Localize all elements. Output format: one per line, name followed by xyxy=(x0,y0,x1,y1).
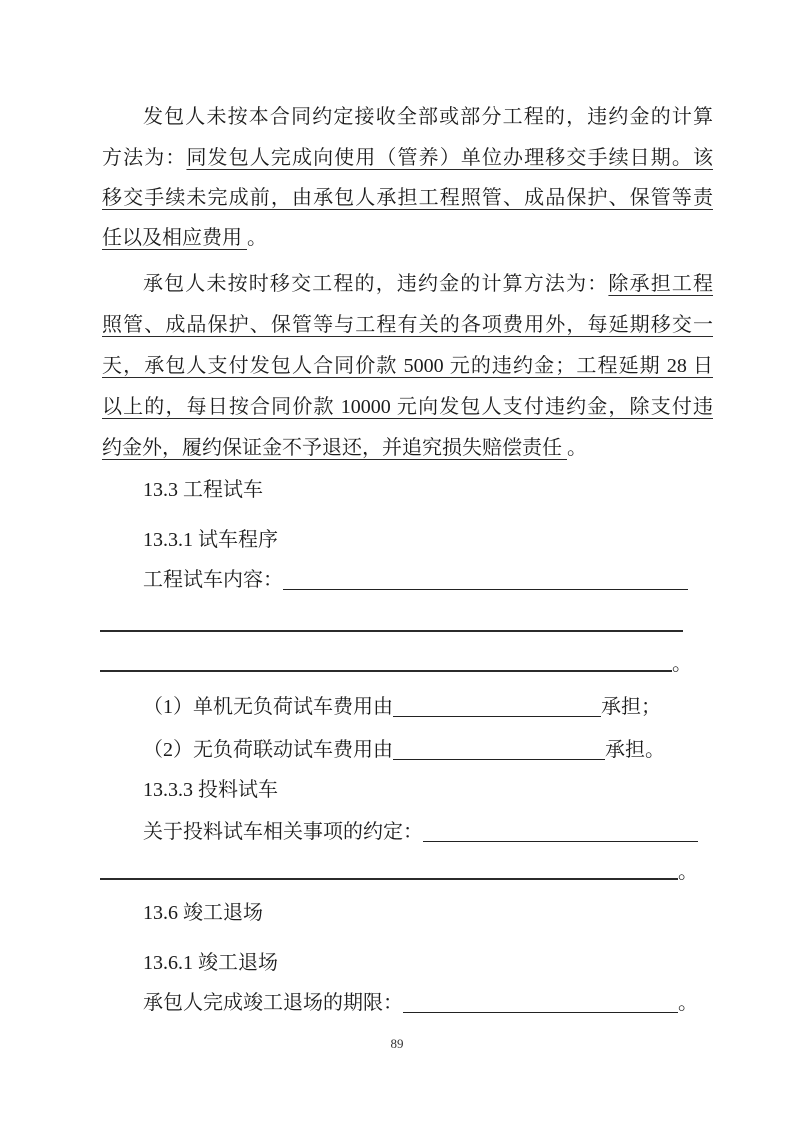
filled-in-text: 同发包人完成向使用（管养）单位办理移交手续日期。该 xyxy=(186,147,713,169)
paragraph-text: 发包人未按本合同约定接收全部或部分工程的，违约金的计算 xyxy=(143,106,713,128)
section-heading-13-6: 13.6 竣工退场 xyxy=(102,898,713,928)
paragraph-text: 方法为： xyxy=(102,147,186,169)
item-line-2: （2）无负荷联动试车费用由承担。 xyxy=(102,735,713,765)
fill-in-blank xyxy=(393,696,601,717)
item-tail-text: 承担。 xyxy=(605,739,665,761)
retreat-deadline-line: 承包人完成竣工退场的期限：。 xyxy=(102,988,713,1018)
field-label: 承包人完成竣工退场的期限： xyxy=(143,992,403,1014)
item-line-1: （1）单机无负荷试车费用由承担； xyxy=(102,692,713,722)
paragraph-line: 方法为：同发包人完成向使用（管养）单位办理移交手续日期。该 xyxy=(102,143,713,173)
blank-line-rule xyxy=(100,630,683,632)
period-mark: 。 xyxy=(247,227,267,249)
page-number: 89 xyxy=(0,1036,794,1052)
field-label: 工程试车内容： xyxy=(143,569,283,591)
period-mark: 。 xyxy=(678,992,698,1014)
heading-text: 13.6.1 竣工退场 xyxy=(143,952,278,974)
filled-in-text: 任以及相应费用 xyxy=(102,227,247,249)
test-content-line: 工程试车内容： xyxy=(102,565,713,595)
paragraph-line: 天，承包人支付发包人合同价款 5000 元的违约金；工程延期 28 日 xyxy=(102,351,713,381)
item-tail-text: 承担； xyxy=(601,696,661,718)
field-label: （1）单机无负荷试车费用由 xyxy=(143,696,393,718)
fill-in-blank xyxy=(423,821,698,842)
filled-in-text: 约金外，履约保证金不予退还，并追究损失赔偿责任 xyxy=(102,437,567,459)
fill-in-blank xyxy=(283,569,688,590)
section-heading-13-3: 13.3 工程试车 xyxy=(102,475,713,505)
paragraph-text: 承包人未按时移交工程的，违约金的计算方法为： xyxy=(143,273,608,295)
paragraph-line: 约金外，履约保证金不予退还，并追究损失赔偿责任 。 xyxy=(102,433,713,463)
field-label: （2）无负荷联动试车费用由 xyxy=(143,739,393,761)
paragraph-line: 任以及相应费用 。 xyxy=(102,223,713,253)
fill-in-blank xyxy=(403,992,678,1013)
filled-in-text: 天，承包人支付发包人合同价款 5000 元的违约金；工程延期 28 日 xyxy=(102,355,713,377)
section-heading-13-3-1: 13.3.1 试车程序 xyxy=(102,525,713,555)
paragraph-line: 以上的，每日按合同价款 10000 元向发包人支付违约金，除支付违 xyxy=(102,392,713,422)
period-mark: 。 xyxy=(678,862,698,882)
blank-line-rule: 。 xyxy=(100,878,678,880)
paragraph-line: 发包人未按本合同约定接收全部或部分工程的，违约金的计算 xyxy=(102,102,713,132)
paragraph-line: 照管、成品保护、保管等与工程有关的各项费用外，每延期移交一 xyxy=(102,310,713,340)
filled-in-text: 照管、成品保护、保管等与工程有关的各项费用外，每延期移交一 xyxy=(102,314,713,336)
heading-text: 13.3 工程试车 xyxy=(143,479,263,501)
heading-text: 13.6 竣工退场 xyxy=(143,902,263,924)
heading-text: 13.3.3 投料试车 xyxy=(143,779,278,801)
section-heading-13-6-1: 13.6.1 竣工退场 xyxy=(102,948,713,978)
filled-in-text: 移交手续未完成前，由承包人承担工程照管、成品保护、保管等责 xyxy=(102,187,713,209)
period-mark: 。 xyxy=(567,437,587,459)
fill-in-blank xyxy=(393,739,605,760)
paragraph-line: 承包人未按时移交工程的，违约金的计算方法为：除承担工程 xyxy=(102,269,713,299)
period-mark: 。 xyxy=(672,654,692,674)
contract-document-page: 发包人未按本合同约定接收全部或部分工程的，违约金的计算 方法为：同发包人完成向使… xyxy=(0,0,794,1122)
blank-line-rule: 。 xyxy=(100,670,672,672)
filled-in-text: 以上的，每日按合同价款 10000 元向发包人支付违约金，除支付违 xyxy=(102,396,713,418)
field-label: 关于投料试车相关事项的约定： xyxy=(143,821,423,843)
section-heading-13-3-3: 13.3.3 投料试车 xyxy=(102,775,713,805)
filled-in-text: 除承担工程 xyxy=(608,273,713,295)
paragraph-line: 移交手续未完成前，由承包人承担工程照管、成品保护、保管等责 xyxy=(102,183,713,213)
feeding-test-line: 关于投料试车相关事项的约定： xyxy=(102,817,713,847)
heading-text: 13.3.1 试车程序 xyxy=(143,529,278,551)
